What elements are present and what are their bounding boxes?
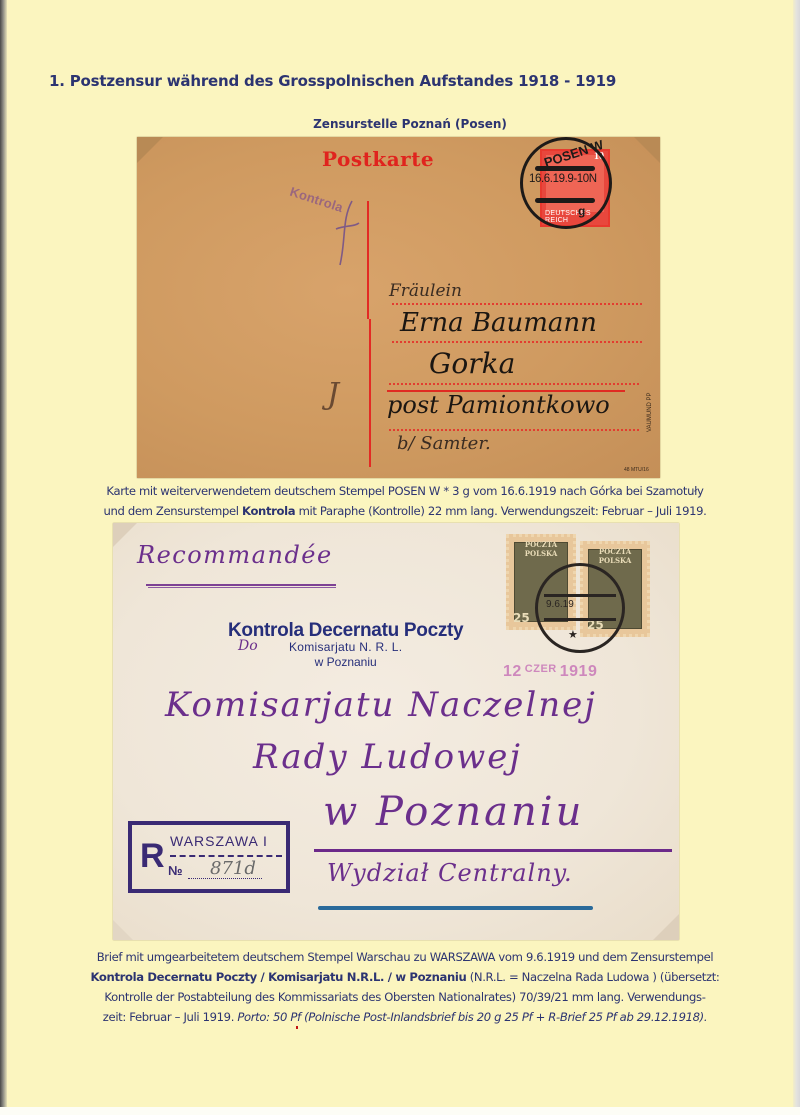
recommandee-note: Recommandée: [137, 541, 333, 569]
address-line: [392, 303, 642, 305]
stamp-label-top: POCZTA: [599, 547, 631, 556]
caption-text: zeit: Februar – Juli 1919.: [103, 1010, 238, 1024]
postcard-divider-line-lower: [369, 319, 371, 467]
caption-line: und dem Zensurstempel Kontrola mit Parap…: [60, 501, 750, 521]
caption-line: Karte mit weiterverwendetem deutschem St…: [60, 481, 750, 501]
stamp-label-bottom: POLSKA: [599, 556, 632, 565]
page-heading: 1. Postzensur während des Grosspolnische…: [49, 72, 616, 90]
address-line-4: Wydział Centralny.: [327, 859, 573, 887]
registration-number: 871d: [210, 858, 256, 879]
stamp-label: POCZTAPOLSKA: [583, 547, 647, 565]
censor-line-1: Kontrola Decernatu Poczty: [228, 620, 463, 642]
envelope-image: Recommandée POCZTAPOLSKA 25 POCZTAPOLSKA…: [113, 523, 679, 940]
stamp-label: POCZTAPOLSKA: [509, 540, 573, 558]
caption-line: Brief mit umgearbeitetem deutschem Stemp…: [60, 947, 750, 967]
caption-line: Kontrola Decernatu Poczty / Komisarjatu …: [60, 967, 750, 987]
blue-underline: [318, 906, 593, 910]
photo-corner: [653, 914, 679, 940]
stamp-value: 25: [513, 611, 530, 625]
postmark-date: 9.6.19: [546, 599, 574, 610]
address-line-2: Erna Baumann: [400, 308, 597, 338]
postmark-suffix: g: [578, 204, 585, 218]
address-line-2: Rady Ludowej: [253, 737, 522, 777]
censor-line-2: Komisarjatu N. R. L.: [228, 640, 463, 654]
postmark-bar: [544, 594, 616, 597]
postcard-divider-line: [367, 201, 369, 319]
photo-corner: [137, 137, 163, 163]
handwritten-do: Do: [238, 638, 258, 654]
postcard-printed-title: Postkarte: [322, 147, 434, 171]
caption-line: zeit: Februar – Juli 1919. Porto: 50 Pf …: [60, 1007, 750, 1027]
initial-mark: J: [327, 377, 339, 412]
address-line-3: Gorka: [429, 347, 515, 380]
printer-code: 48 MTU/16: [624, 467, 649, 473]
address-line: [389, 429, 639, 431]
registration-letter: R: [140, 837, 165, 876]
address-line-3: w Poznaniu: [323, 789, 584, 835]
caption-bold: Kontrola: [242, 504, 295, 518]
warszawa-postmark: 9.6.19 ★: [535, 563, 625, 653]
address-line-4: post Pamiontkowo: [387, 391, 610, 419]
caption-line: Kontrolle der Postabteilung des Kommissa…: [60, 987, 750, 1007]
photo-corner: [634, 137, 660, 163]
datestamp-day: 12: [503, 663, 522, 680]
postmark-bar: [544, 618, 616, 621]
postmark-date: 16.6.19.9-10N: [529, 173, 597, 185]
caption-bold: Kontrola Decernatu Poczty / Komisarjatu …: [91, 970, 467, 984]
address-line-5: b/ Samter.: [397, 433, 491, 454]
registration-label: R WARSZAWA I № 871d: [128, 821, 290, 893]
star-icon: ★: [568, 628, 578, 641]
stamp-label-bottom: POLSKA: [525, 549, 558, 558]
postcard-image: Postkarte 10 DEUTSCHES REICH POSEN W 16.…: [137, 137, 660, 478]
underline: [146, 584, 336, 586]
kontrola-decernatu-censor-stamp: Kontrola Decernatu Poczty Komisarjatu N.…: [228, 620, 463, 669]
postmark-bar: [535, 198, 595, 203]
caption-text: (N.R.L. = Naczelna Rada Ludowa ) (überse…: [466, 970, 719, 984]
address-line: [392, 341, 642, 343]
label-separator: [170, 855, 282, 857]
paraphe-signature: [332, 199, 360, 267]
underline: [148, 587, 336, 588]
photo-corner: [113, 920, 133, 940]
address-line: [389, 383, 639, 385]
datestamp-year: 1919: [560, 663, 598, 680]
caption-text: mit Paraphe (Kontrolle) 22 mm lang. Verw…: [295, 504, 706, 518]
page-edge-left: [0, 0, 7, 1115]
page-edge-bottom: [0, 1107, 800, 1115]
address-line-1: Komisarjatu Naczelnej: [165, 685, 597, 725]
arrival-datestamp: 12CZER1919: [503, 663, 597, 681]
page-subheading: Zensurstelle Poznań (Posen): [0, 117, 800, 131]
red-speck: [296, 1026, 298, 1029]
caption-italic: Porto: 50 Pf (Polnische Post-Inlandsbrie…: [237, 1010, 707, 1024]
posen-postmark: POSEN W 16.6.19.9-10N g: [520, 137, 612, 229]
postmark-bar: [535, 166, 595, 171]
registration-office: WARSZAWA I: [170, 833, 268, 849]
printer-imprint: VAUMUND PP: [647, 392, 653, 432]
caption-text: und dem Zensurstempel: [104, 504, 243, 518]
stamp-label-top: POCZTA: [525, 540, 557, 549]
photo-corner: [113, 523, 137, 547]
address-line-1: Fräulein: [389, 281, 462, 301]
postcard-caption: Karte mit weiterverwendetem deutschem St…: [60, 481, 750, 521]
envelope-caption: Brief mit umgearbeitetem deutschem Stemp…: [60, 947, 750, 1027]
registration-no-prefix: №: [168, 863, 183, 878]
underline: [314, 849, 672, 852]
datestamp-month: CZER: [525, 663, 557, 675]
censor-line-3: w Poznaniu: [228, 655, 463, 669]
page-edge-right: [793, 0, 800, 1115]
